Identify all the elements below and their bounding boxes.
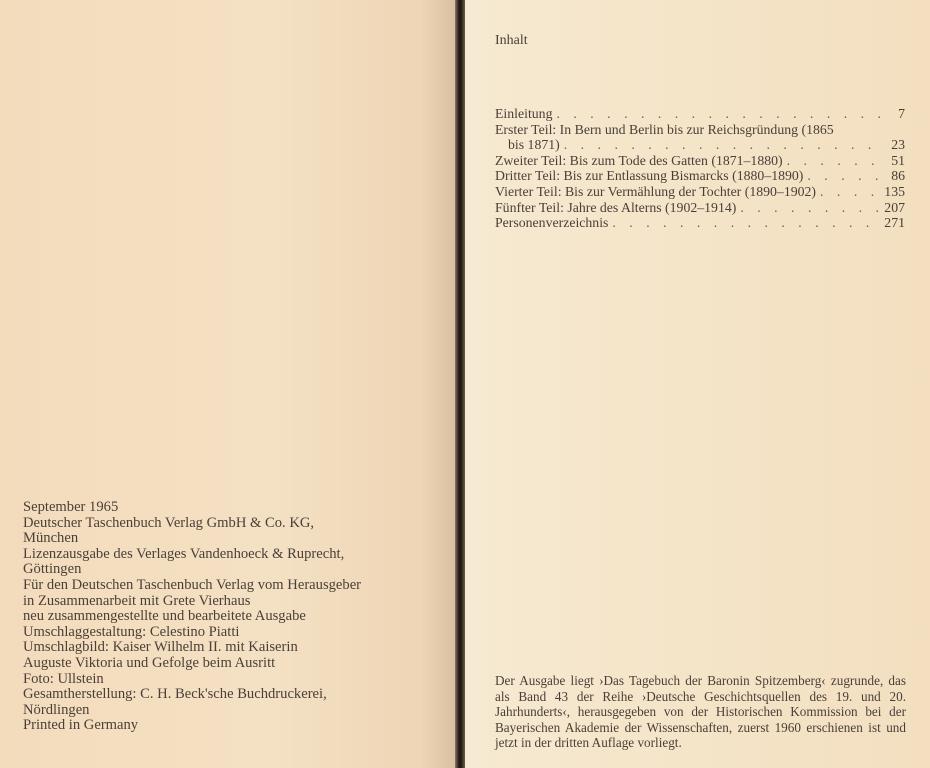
imprint-line: Nördlingen	[23, 703, 443, 719]
toc-entry: Dritter Teil: Bis zur Entlassung Bismarc…	[495, 168, 905, 184]
imprint-line: Göttingen	[23, 562, 443, 578]
leader-dots	[787, 153, 883, 169]
table-of-contents: Einleitung 7 Erster Teil: In Bern und Be…	[495, 106, 905, 231]
book-spine	[455, 0, 465, 768]
toc-entry-continuation: bis 1871) 23	[495, 137, 905, 153]
imprint-line: München	[23, 531, 443, 547]
leader-dots	[820, 184, 880, 200]
toc-entry: Einleitung 7	[495, 106, 905, 122]
imprint-line: Printed in Germany	[23, 718, 443, 734]
imprint-line: Foto: Ullstein	[23, 672, 443, 688]
toc-entry-page: 86	[887, 168, 905, 184]
toc-entry-page: 207	[884, 200, 905, 216]
imprint-line: Umschlagbild: Kaiser Wilhelm II. mit Kai…	[23, 640, 443, 656]
toc-entry: Erster Teil: In Bern und Berlin bis zur …	[495, 122, 905, 138]
toc-entry: Fünfter Teil: Jahre des Alterns (1902–19…	[495, 200, 905, 216]
toc-entry-label: Dritter Teil: Bis zur Entlassung Bismarc…	[495, 168, 803, 184]
imprint-line: Für den Deutschen Taschenbuch Verlag vom…	[23, 578, 443, 594]
imprint-line: Gesamtherstellung: C. H. Beck'sche Buchd…	[23, 687, 443, 703]
leader-dots	[564, 137, 883, 153]
toc-entry: Personenverzeichnis 271	[495, 215, 905, 231]
toc-entry-page: 51	[887, 153, 905, 169]
imprint-line: neu zusammengestellte und bearbeitete Au…	[23, 609, 443, 625]
toc-heading: Inhalt	[495, 33, 528, 49]
toc-entry-label: Fünfter Teil: Jahre des Alterns (1902–19…	[495, 200, 736, 216]
imprint-block: September 1965 Deutscher Taschenbuch Ver…	[23, 500, 443, 734]
edition-note: Der Ausgabe liegt ›Das Tagebuch der Baro…	[495, 673, 906, 751]
toc-entry-page: 271	[884, 215, 905, 231]
imprint-line: Lizenzausgabe des Verlages Vandenhoeck &…	[23, 547, 443, 563]
imprint-line: Auguste Viktoria und Gefolge beim Ausrit…	[23, 656, 443, 672]
imprint-line: Umschlaggestaltung: Celestino Piatti	[23, 625, 443, 641]
leader-dots	[612, 215, 880, 231]
leader-dots	[740, 200, 880, 216]
imprint-line: Deutscher Taschenbuch Verlag GmbH & Co. …	[23, 516, 443, 532]
toc-entry-label: Personenverzeichnis	[495, 215, 608, 231]
toc-entry-label: Vierter Teil: Bis zur Vermählung der Toc…	[495, 184, 816, 200]
imprint-line: September 1965	[23, 500, 443, 516]
toc-entry: Vierter Teil: Bis zur Vermählung der Toc…	[495, 184, 905, 200]
toc-entry-label: Einleitung	[495, 106, 552, 122]
left-page: September 1965 Deutscher Taschenbuch Ver…	[0, 0, 455, 768]
toc-entry-page: 7	[887, 106, 905, 122]
toc-entry: Zweiter Teil: Bis zum Tode des Gatten (1…	[495, 153, 905, 169]
toc-entry-page: 135	[884, 184, 905, 200]
leader-dots	[556, 106, 883, 122]
imprint-line: in Zusammenarbeit mit Grete Vierhaus	[23, 594, 443, 610]
toc-entry-page: 23	[887, 137, 905, 153]
toc-entry-label: bis 1871)	[495, 137, 560, 153]
leader-dots	[807, 168, 883, 184]
toc-entry-label: Zweiter Teil: Bis zum Tode des Gatten (1…	[495, 153, 783, 169]
